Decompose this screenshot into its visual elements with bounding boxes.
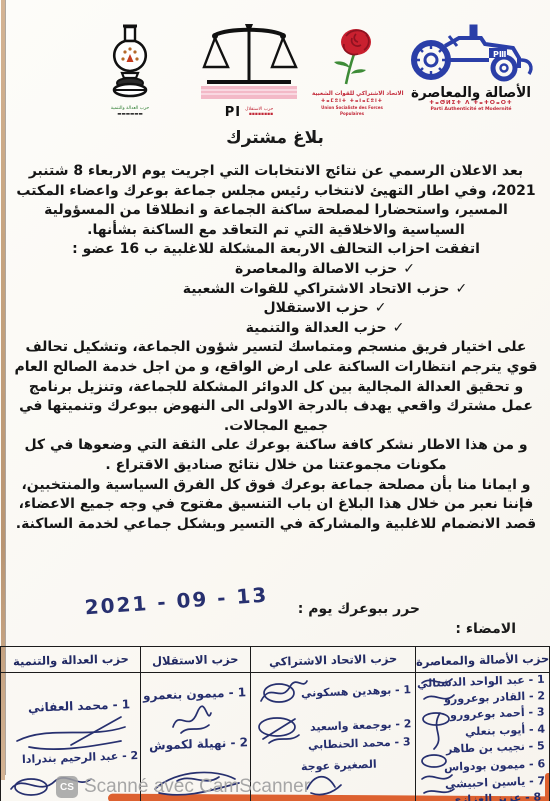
party-list-item: ✓حزب الاصالة والمعاصرة <box>110 260 540 280</box>
signee-name: 2 - عبد الرحيم بندرادا <box>22 749 139 766</box>
usfp-caption-ar: الاتحاد الاشتراكي للقوات الشعبية <box>312 92 392 98</box>
signatures-cell-pam: 1 - عبد الواحد الدشتالي 2 - القادر بوعرو… <box>415 673 550 801</box>
signee-name: 8 - عزيز الغزازي <box>451 790 542 801</box>
party-list-item: ✓حزب الاتحاد الاشتراكي للقوات الشعبية <box>110 280 540 300</box>
signee-name: 1 - بوهدين هسكوني <box>301 683 412 700</box>
pi-label: PI <box>225 107 241 119</box>
column-header-istiqlal: حزب الاستقلال <box>140 646 250 673</box>
column-header-pam: حزب الأصالة والمعاصرة <box>415 646 550 673</box>
document-title: بلاغ مشترك <box>0 128 550 148</box>
signature-scribble <box>169 705 213 735</box>
usfp-caption-fr: Union Socialiste des Forces Populaires <box>312 105 392 117</box>
tractor-icon: PⅢ <box>401 20 541 82</box>
signee-name: 4 - أيوب بنعلي <box>465 723 545 739</box>
party-list-item: ✓حزب العدالة والتنمية <box>110 319 540 339</box>
paragraph-program: على اختيار فريق منسجم ومتماسك لتسير شؤون… <box>12 338 540 436</box>
signatures-label: الامضاء : <box>455 621 516 637</box>
party-list-item: ✓حزب الاستقلال <box>110 299 540 319</box>
date-label: حرر ببوعرك يوم : <box>298 601 420 617</box>
paragraph-list-intro: اتفقت احزاب التحالف الاربعة المشكلة للاغ… <box>12 240 540 260</box>
signee-name: 2 - القادر بوعرورو <box>444 689 545 706</box>
paragraph-open-door: و ايمانا منا بأن مصلحة جماعة بوعرك فوق ك… <box>12 476 540 535</box>
oil-lamp-icon <box>95 24 165 102</box>
pam-caption-fr: Parti Authenticité et Modernité <box>398 107 544 113</box>
rose-icon <box>320 26 384 88</box>
check-icon: ✓ <box>393 319 405 339</box>
signee-name: 6 - ميمون بودواس <box>444 757 546 774</box>
istiqlal-caption: حزب الاستقلال▪▪▪▪▪▪▪▪ <box>245 107 273 117</box>
signature-scribble <box>416 675 458 799</box>
paragraph-intro: بعد الاعلان الرسمي عن نتائج الانتخابات ا… <box>12 162 540 240</box>
logo-istiqlal: PI حزب الاستقلال▪▪▪▪▪▪▪▪ <box>196 20 302 119</box>
usfp-caption-tifinagh: ⵜⴰⵎⵓⵏⵜ ⵜⴰⵏⴰⵎⵓⵏⵜ <box>312 98 392 105</box>
scales-icon <box>199 20 299 102</box>
handwritten-date: 13 - 09 - 2021 <box>63 581 289 621</box>
signee-name: 7 - ياسين احبيشي <box>445 774 546 790</box>
scanned-document-page: حزب العدالة والتنمية ▬▬▬▬▬▬ PI حزب الاست… <box>0 0 550 801</box>
check-icon: ✓ <box>375 299 387 319</box>
signature-scribble <box>9 713 133 751</box>
logo-pjd: حزب العدالة والتنمية ▬▬▬▬▬▬ <box>88 24 172 117</box>
pjd-caption-rule: ▬▬▬▬▬▬ <box>88 112 172 118</box>
coalition-parties-list: ✓حزب الاصالة والمعاصرة ✓حزب الاتحاد الاش… <box>110 260 540 338</box>
check-icon: ✓ <box>455 280 467 300</box>
signee-name: 1 - ميمون بنعمرو <box>143 685 247 703</box>
column-header-pjd: حزب العدالة والتنمية <box>0 646 140 673</box>
camscanner-logo-icon: CS <box>56 776 78 798</box>
signee-name: 3 - محمد الحنطابي <box>308 735 411 752</box>
paragraph-thanks: و من هذا الاطار نشكر كافة ساكنة بوعرك عل… <box>12 436 540 475</box>
logo-pam: PⅢ الأصالة والمعاصرة ⵜⴰⵚⵍⵉⵜ ⴷ ⵜⴰⵜⵔⴰⵔⵜ Pa… <box>398 20 544 113</box>
signature-scribble <box>255 713 301 747</box>
document-body: بعد الاعلان الرسمي عن نتائج الانتخابات ا… <box>12 162 540 534</box>
check-icon: ✓ <box>403 260 415 280</box>
column-header-usfp: حزب الاتحاد الاشتراكي <box>250 646 415 673</box>
logo-usfp: الاتحاد الاشتراكي للقوات الشعبية ⵜⴰⵎⵓⵏⵜ … <box>312 26 392 117</box>
pam-caption-ar: الأصالة والمعاصرة <box>398 86 544 101</box>
signee-name: 2 - بوجمعة واسعيد <box>309 717 411 734</box>
signee-name: 3 - أحمد بوعرورو <box>450 705 545 721</box>
camscanner-watermark-text: Scanné avec CamScanner <box>84 776 310 798</box>
svg-text:PⅢ: PⅢ <box>493 50 506 59</box>
camscanner-watermark: CS Scanné avec CamScanner <box>56 776 310 798</box>
signee-name: 5 - نجيب بن طاهر <box>446 739 545 755</box>
logos-header: حزب العدالة والتنمية ▬▬▬▬▬▬ PI حزب الاست… <box>0 18 550 130</box>
signature-scribble <box>257 675 309 709</box>
signee-name: 2 - نهيلة لكموش <box>149 735 248 752</box>
